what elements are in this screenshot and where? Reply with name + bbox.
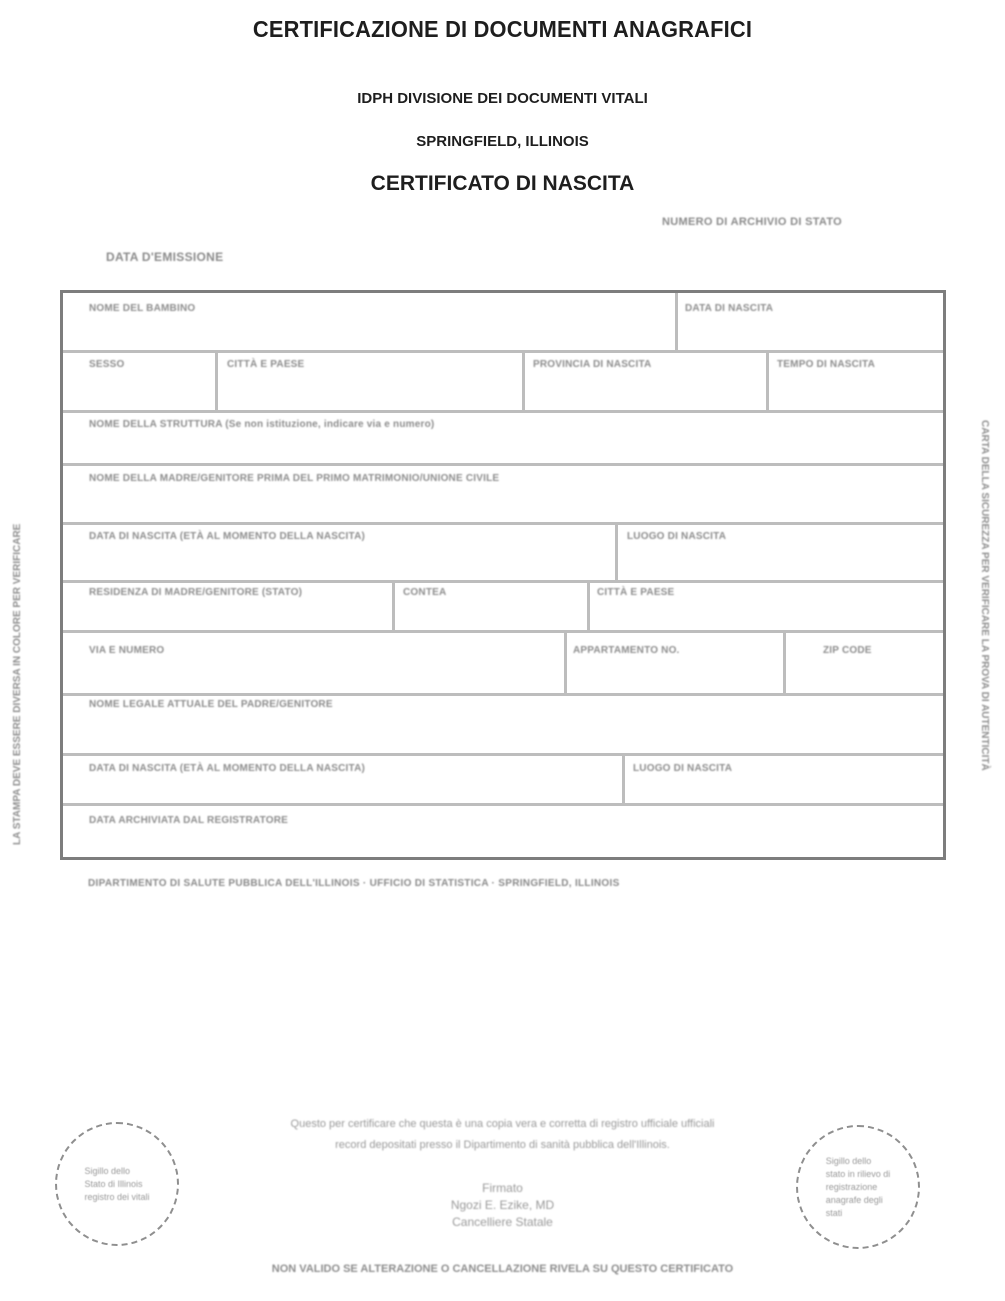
field-mother-birthplace: LUOGO DI NASCITA (627, 531, 726, 542)
field-mother-residence: RESIDENZA DI MADRE/GENITORE (STATO) (89, 587, 302, 598)
seal-right-line: stati (826, 1207, 891, 1220)
seal-left-line: Sigillo dello (84, 1165, 149, 1178)
field-birth-province: PROVINCIA DI NASCITA (533, 359, 651, 370)
field-father-birth-date: DATA DI NASCITA (ETÀ AL MOMENTO DELLA NA… (89, 763, 365, 774)
serial-number-label: NUMERO DI ARCHIVIO DI STATO (662, 216, 842, 228)
division-name: IDPH DIVISIONE DEI DOCUMENTI VITALI (0, 90, 1005, 107)
field-birth-date: DATA DI NASCITA (685, 303, 773, 314)
left-margin-text: LA STAMPA DEVE ESSERE DIVERSA IN COLORE … (12, 524, 23, 845)
state-seal-right-icon: Sigillo dello stato in rilievo di regist… (796, 1125, 920, 1249)
right-margin-text: CARTA DELLA SICUREZZA PER VERIFICARE LA … (979, 420, 990, 771)
right-margin-note: CARTA DELLA SICUREZZA PER VERIFICARE LA … (972, 420, 996, 850)
field-registrar-date: DATA ARCHIVIATA DAL REGISTRATORE (89, 815, 288, 826)
field-child-name: NOME DEL BAMBINO (89, 303, 195, 314)
field-county: CONTEA (403, 587, 446, 598)
field-city: CITTÀ E PAESE (227, 359, 304, 370)
seal-left-line: registro dei vitali (84, 1191, 149, 1204)
field-father-name: NOME LEGALE ATTUALE DEL PADRE/GENITORE (89, 699, 333, 710)
seal-right-line: registrazione (826, 1181, 891, 1194)
field-facility-name: NOME DELLA STRUTTURA (Se non istituzione… (89, 419, 434, 430)
state-seal-left-icon: Sigillo dello Stato di Illinois registro… (55, 1122, 179, 1246)
field-father-birthplace: LUOGO DI NASCITA (633, 763, 732, 774)
field-birth-time: TEMPO DI NASCITA (777, 359, 875, 370)
seal-left-line: Stato di Illinois (84, 1178, 149, 1191)
document-title: CERTIFICAZIONE DI DOCUMENTI ANAGRAFICI (25, 16, 980, 43)
field-zip: ZIP CODE (823, 645, 872, 656)
form-footer: DIPARTIMENTO DI SALUTE PUBBLICA DELL'ILL… (88, 878, 620, 889)
certificate-form: NOME DEL BAMBINO DATA DI NASCITA SESSO C… (60, 290, 946, 860)
certificate-type: CERTIFICATO DI NASCITA (0, 172, 1005, 196)
field-mother-birth-date: DATA DI NASCITA (ETÀ AL MOMENTO DELLA NA… (89, 531, 365, 542)
seal-right-line: stato in rilievo di (826, 1168, 891, 1181)
field-mother-name: NOME DELLA MADRE/GENITORE PRIMA DEL PRIM… (89, 473, 499, 484)
field-apartment: APPARTAMENTO NO. (573, 645, 680, 656)
seal-right-line: anagrafe degli (826, 1194, 891, 1207)
validity-warning: NON VALIDO SE ALTERAZIONE O CANCELLAZION… (0, 1263, 1005, 1275)
location: SPRINGFIELD, ILLINOIS (0, 133, 1005, 150)
seal-right-line: Sigillo dello (826, 1155, 891, 1168)
left-margin-note: LA STAMPA DEVE ESSERE DIVERSA IN COLORE … (8, 440, 32, 850)
field-residence-city: CITTÀ E PAESE (597, 587, 674, 598)
field-sex: SESSO (89, 359, 124, 370)
issue-date-label: DATA D'EMISSIONE (106, 250, 223, 264)
field-street: VIA E NUMERO (89, 645, 164, 656)
